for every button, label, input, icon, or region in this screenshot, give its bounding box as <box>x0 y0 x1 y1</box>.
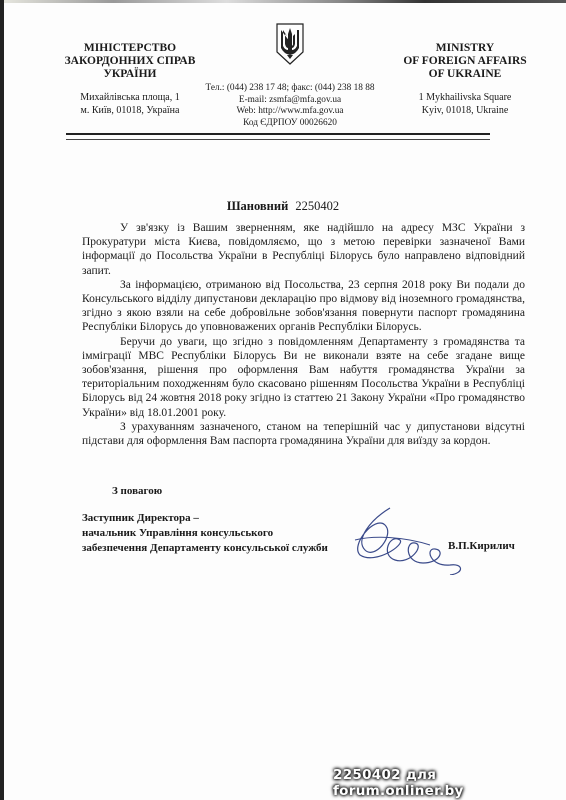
ministry-address-ua: Михайлівська площа, 1 м. Київ, 01018, Ук… <box>60 91 200 117</box>
scan-top-edge <box>0 0 566 3</box>
forum-watermark: 2250402 для forum.onliner.by <box>333 767 566 799</box>
header-right-english: MINISTRY OF FOREIGN AFFAIRS OF UKRAINE 1… <box>395 42 535 117</box>
paragraph: У зв'язку із Вашим зверненням, яке надій… <box>82 221 525 278</box>
scan-left-edge <box>0 0 4 800</box>
tryzub-coat-of-arms-icon <box>275 22 305 66</box>
signer-name: В.П.Кирилич <box>448 540 515 552</box>
phone-fax: Тел.: (044) 238 17 48; факс: (044) 238 1… <box>185 83 395 95</box>
website: Web: http://www.mfa.gov.ua <box>185 106 395 118</box>
paragraph: З урахуванням зазначеного, станом на теп… <box>82 420 525 448</box>
ministry-name-ua: МІНІСТЕРСТВО ЗАКОРДОННИХ СПРАВ УКРАЇНИ <box>60 42 200 81</box>
letterhead-divider <box>66 133 490 140</box>
letter-page: МІНІСТЕРСТВО ЗАКОРДОННИХ СПРАВ УКРАЇНИ М… <box>0 0 566 800</box>
closing-regards: З повагою <box>112 485 162 497</box>
ministry-contacts: Тел.: (044) 238 17 48; факс: (044) 238 1… <box>185 83 395 129</box>
letter-body: У зв'язку із Вашим зверненням, яке надій… <box>82 221 525 448</box>
header-left-ukrainian: МІНІСТЕРСТВО ЗАКОРДОННИХ СПРАВ УКРАЇНИ М… <box>60 42 200 117</box>
email: E-mail: zsmfa@mfa.gov.ua <box>185 95 395 107</box>
addressee-id: 2250402 <box>295 199 339 213</box>
salutation: Шановний 2250402 <box>0 199 566 214</box>
ministry-name-en: MINISTRY OF FOREIGN AFFAIRS OF UKRAINE <box>395 42 535 81</box>
paragraph: Беручи до уваги, що згідно з повідомленн… <box>82 335 525 420</box>
edrpou-code: Код ЄДРПОУ 00026620 <box>185 118 395 130</box>
signer-position: Заступник Директора – начальник Управлін… <box>82 511 328 556</box>
ministry-address-en: 1 Mykhailivska Square Kyiv, 01018, Ukrai… <box>395 91 535 117</box>
paragraph: За інформацією, отриманою від Посольства… <box>82 278 525 335</box>
